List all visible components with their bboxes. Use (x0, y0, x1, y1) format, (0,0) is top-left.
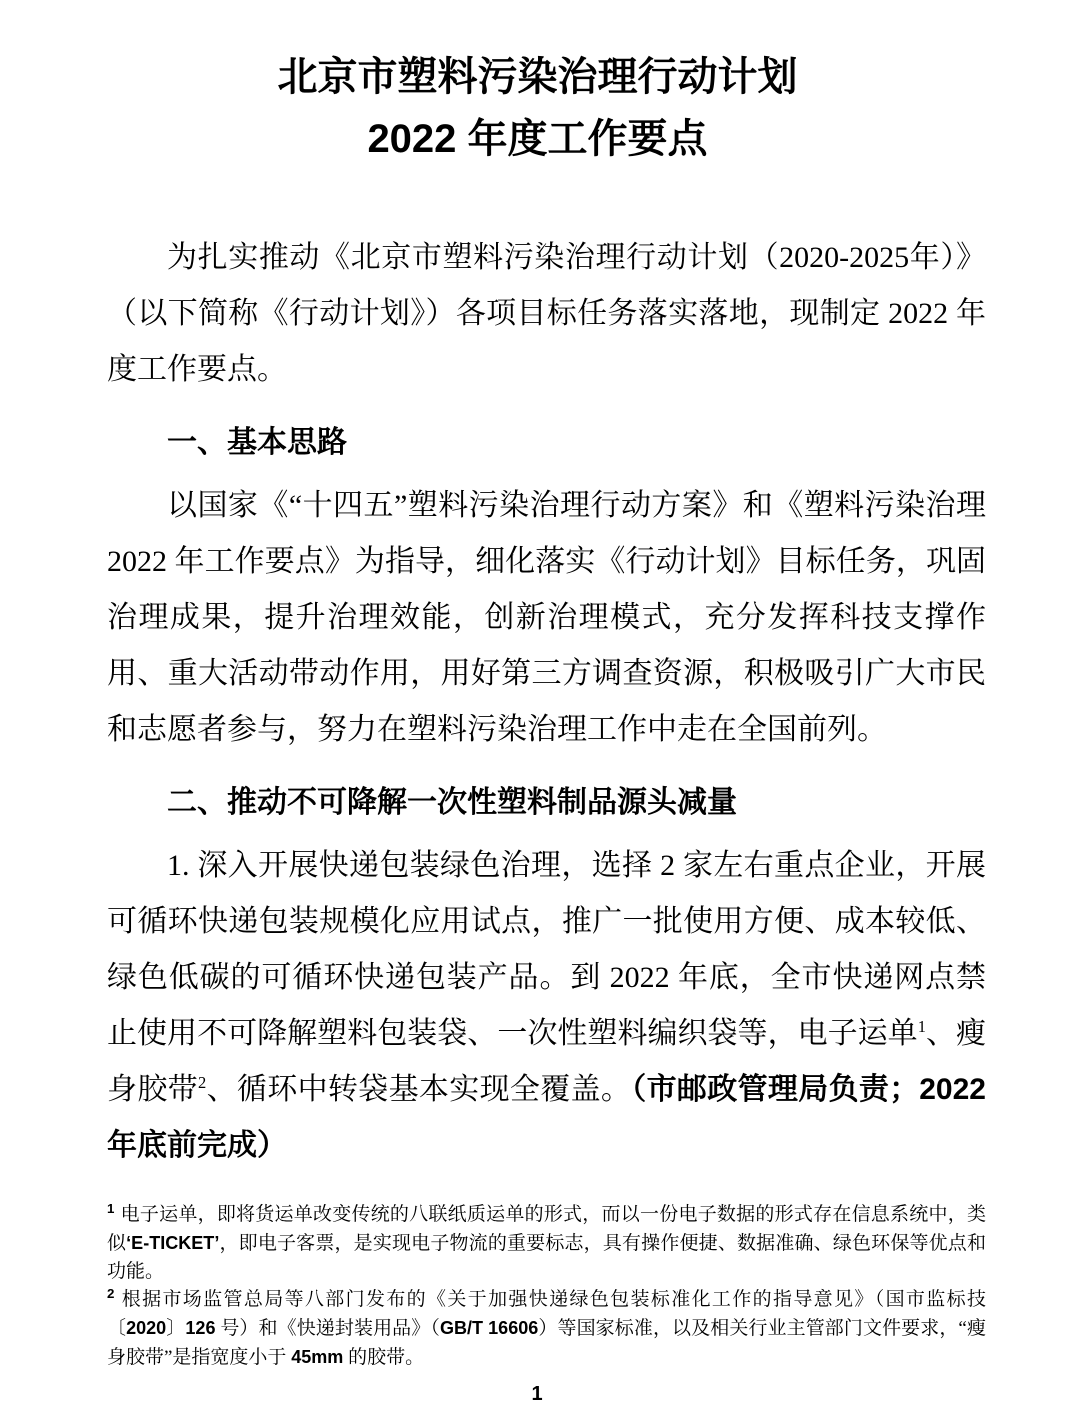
section-2-item-1-paragraph: 1. 深入开展快递包装绿色治理，选择 2 家左右重点企业，开展可循环快递包装规模… (107, 838, 986, 1174)
intro-paragraph: 为扎实推动《北京市塑料污染治理行动计划（2020-2025年）》（以下简称《行动… (107, 230, 986, 398)
section-1-paragraph: 以国家《“十四五”塑料污染治理行动方案》和《塑料污染治理 2022 年工作要点》… (107, 478, 986, 758)
footnote-1: 1电子运单，即将货运单改变传统的八联纸质运单的形式，而以一份电子数据的形式存在信… (107, 1201, 986, 1286)
document-page: 北京市塑料污染治理行动计划 2022 年度工作要点 为扎实推动《北京市塑料污染治… (0, 0, 1074, 1406)
footnotes-area: 1电子运单，即将货运单改变传统的八联纸质运单的形式，而以一份电子数据的形式存在信… (107, 1201, 986, 1372)
footnote-1-marker: 1 (107, 1201, 114, 1216)
section-1-heading: 一、基本思路 (107, 418, 986, 468)
document-title-line-1: 北京市塑料污染治理行动计划 (98, 46, 977, 108)
footnote-2: 2根据市场监管总局等八部门发布的《关于加强快递绿色包装标准化工作的指导意见》（国… (107, 1286, 986, 1372)
footnote-2-marker: 2 (107, 1286, 114, 1301)
page-number: 1 (0, 1383, 1074, 1406)
document-title: 北京市塑料污染治理行动计划 2022 年度工作要点 (98, 46, 977, 170)
section-2-heading: 二、推动不可降解一次性塑料制品源头减量 (107, 778, 986, 828)
footnote-2-text: 根据市场监管总局等八部门发布的《关于加强快递绿色包装标准化工作的指导意见》（国市… (107, 1289, 986, 1368)
footnote-1-text: 电子运单，即将货运单改变传统的八联纸质运单的形式，而以一份电子数据的形式存在信息… (107, 1204, 986, 1282)
document-title-line-2: 2022 年度工作要点 (98, 108, 977, 170)
